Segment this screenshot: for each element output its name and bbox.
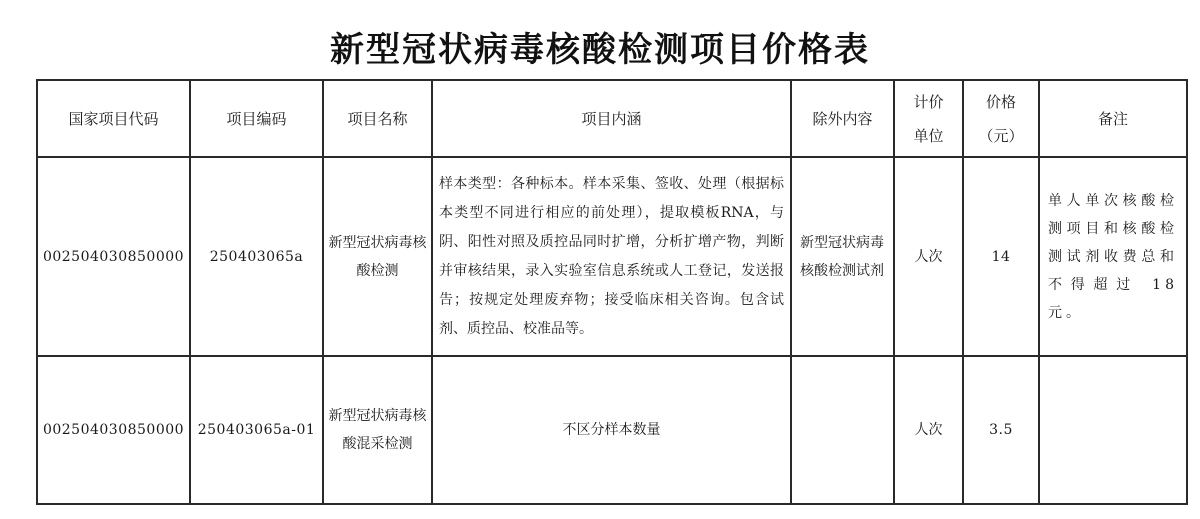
cell-price: 3.5 — [963, 356, 1039, 504]
header-excluded: 除外内容 — [791, 80, 894, 157]
header-item-name: 项目名称 — [323, 80, 432, 157]
cell-item-name: 新型冠状病毒核酸混采检测 — [323, 356, 432, 504]
cell-excluded: 新型冠状病毒核酸检测试剂 — [791, 157, 894, 356]
price-table: 国家项目代码 项目编码 项目名称 项目内涵 除外内容 计价 单位 价格 （元） … — [36, 79, 1188, 505]
cell-item-code: 250403065a-01 — [190, 356, 323, 504]
cell-unit: 人次 — [894, 157, 963, 356]
header-unit-line-1: 计价 — [913, 93, 943, 111]
cell-excluded — [791, 356, 894, 504]
header-unit: 计价 单位 — [894, 80, 963, 157]
header-unit-line-2: 单位 — [913, 127, 943, 145]
header-note: 备注 — [1039, 80, 1187, 157]
header-price: 价格 （元） — [963, 80, 1039, 157]
cell-note: 单人单次核酸检测项目和核酸检测试剂收费总和不得超过 18 元。 — [1039, 157, 1187, 356]
cell-national-code: 002504030850000 — [37, 356, 190, 504]
header-national-code: 国家项目代码 — [37, 80, 190, 157]
header-item-code: 项目编码 — [190, 80, 323, 157]
header-item-content: 项目内涵 — [432, 80, 791, 157]
cell-national-code: 002504030850000 — [37, 157, 190, 356]
cell-item-name: 新型冠状病毒核酸检测 — [323, 157, 432, 356]
cell-item-content: 样本类型：各种标本。样本采集、签收、处理（根据标本类型不同进行相应的前处理），提… — [432, 157, 791, 356]
cell-price: 14 — [963, 157, 1039, 356]
cell-note — [1039, 356, 1187, 504]
table-header-row: 国家项目代码 项目编码 项目名称 项目内涵 除外内容 计价 单位 价格 （元） … — [37, 80, 1187, 157]
cell-item-content: 不区分样本数量 — [432, 356, 791, 504]
table-row: 002504030850000 250403065a 新型冠状病毒核酸检测 样本… — [37, 157, 1187, 356]
cell-item-code: 250403065a — [190, 157, 323, 356]
page-title: 新型冠状病毒核酸检测项目价格表 — [0, 22, 1200, 71]
header-price-line-1: 价格 — [986, 93, 1016, 111]
header-price-line-2: （元） — [978, 127, 1023, 145]
cell-unit: 人次 — [894, 356, 963, 504]
table-row: 002504030850000 250403065a-01 新型冠状病毒核酸混采… — [37, 356, 1187, 504]
